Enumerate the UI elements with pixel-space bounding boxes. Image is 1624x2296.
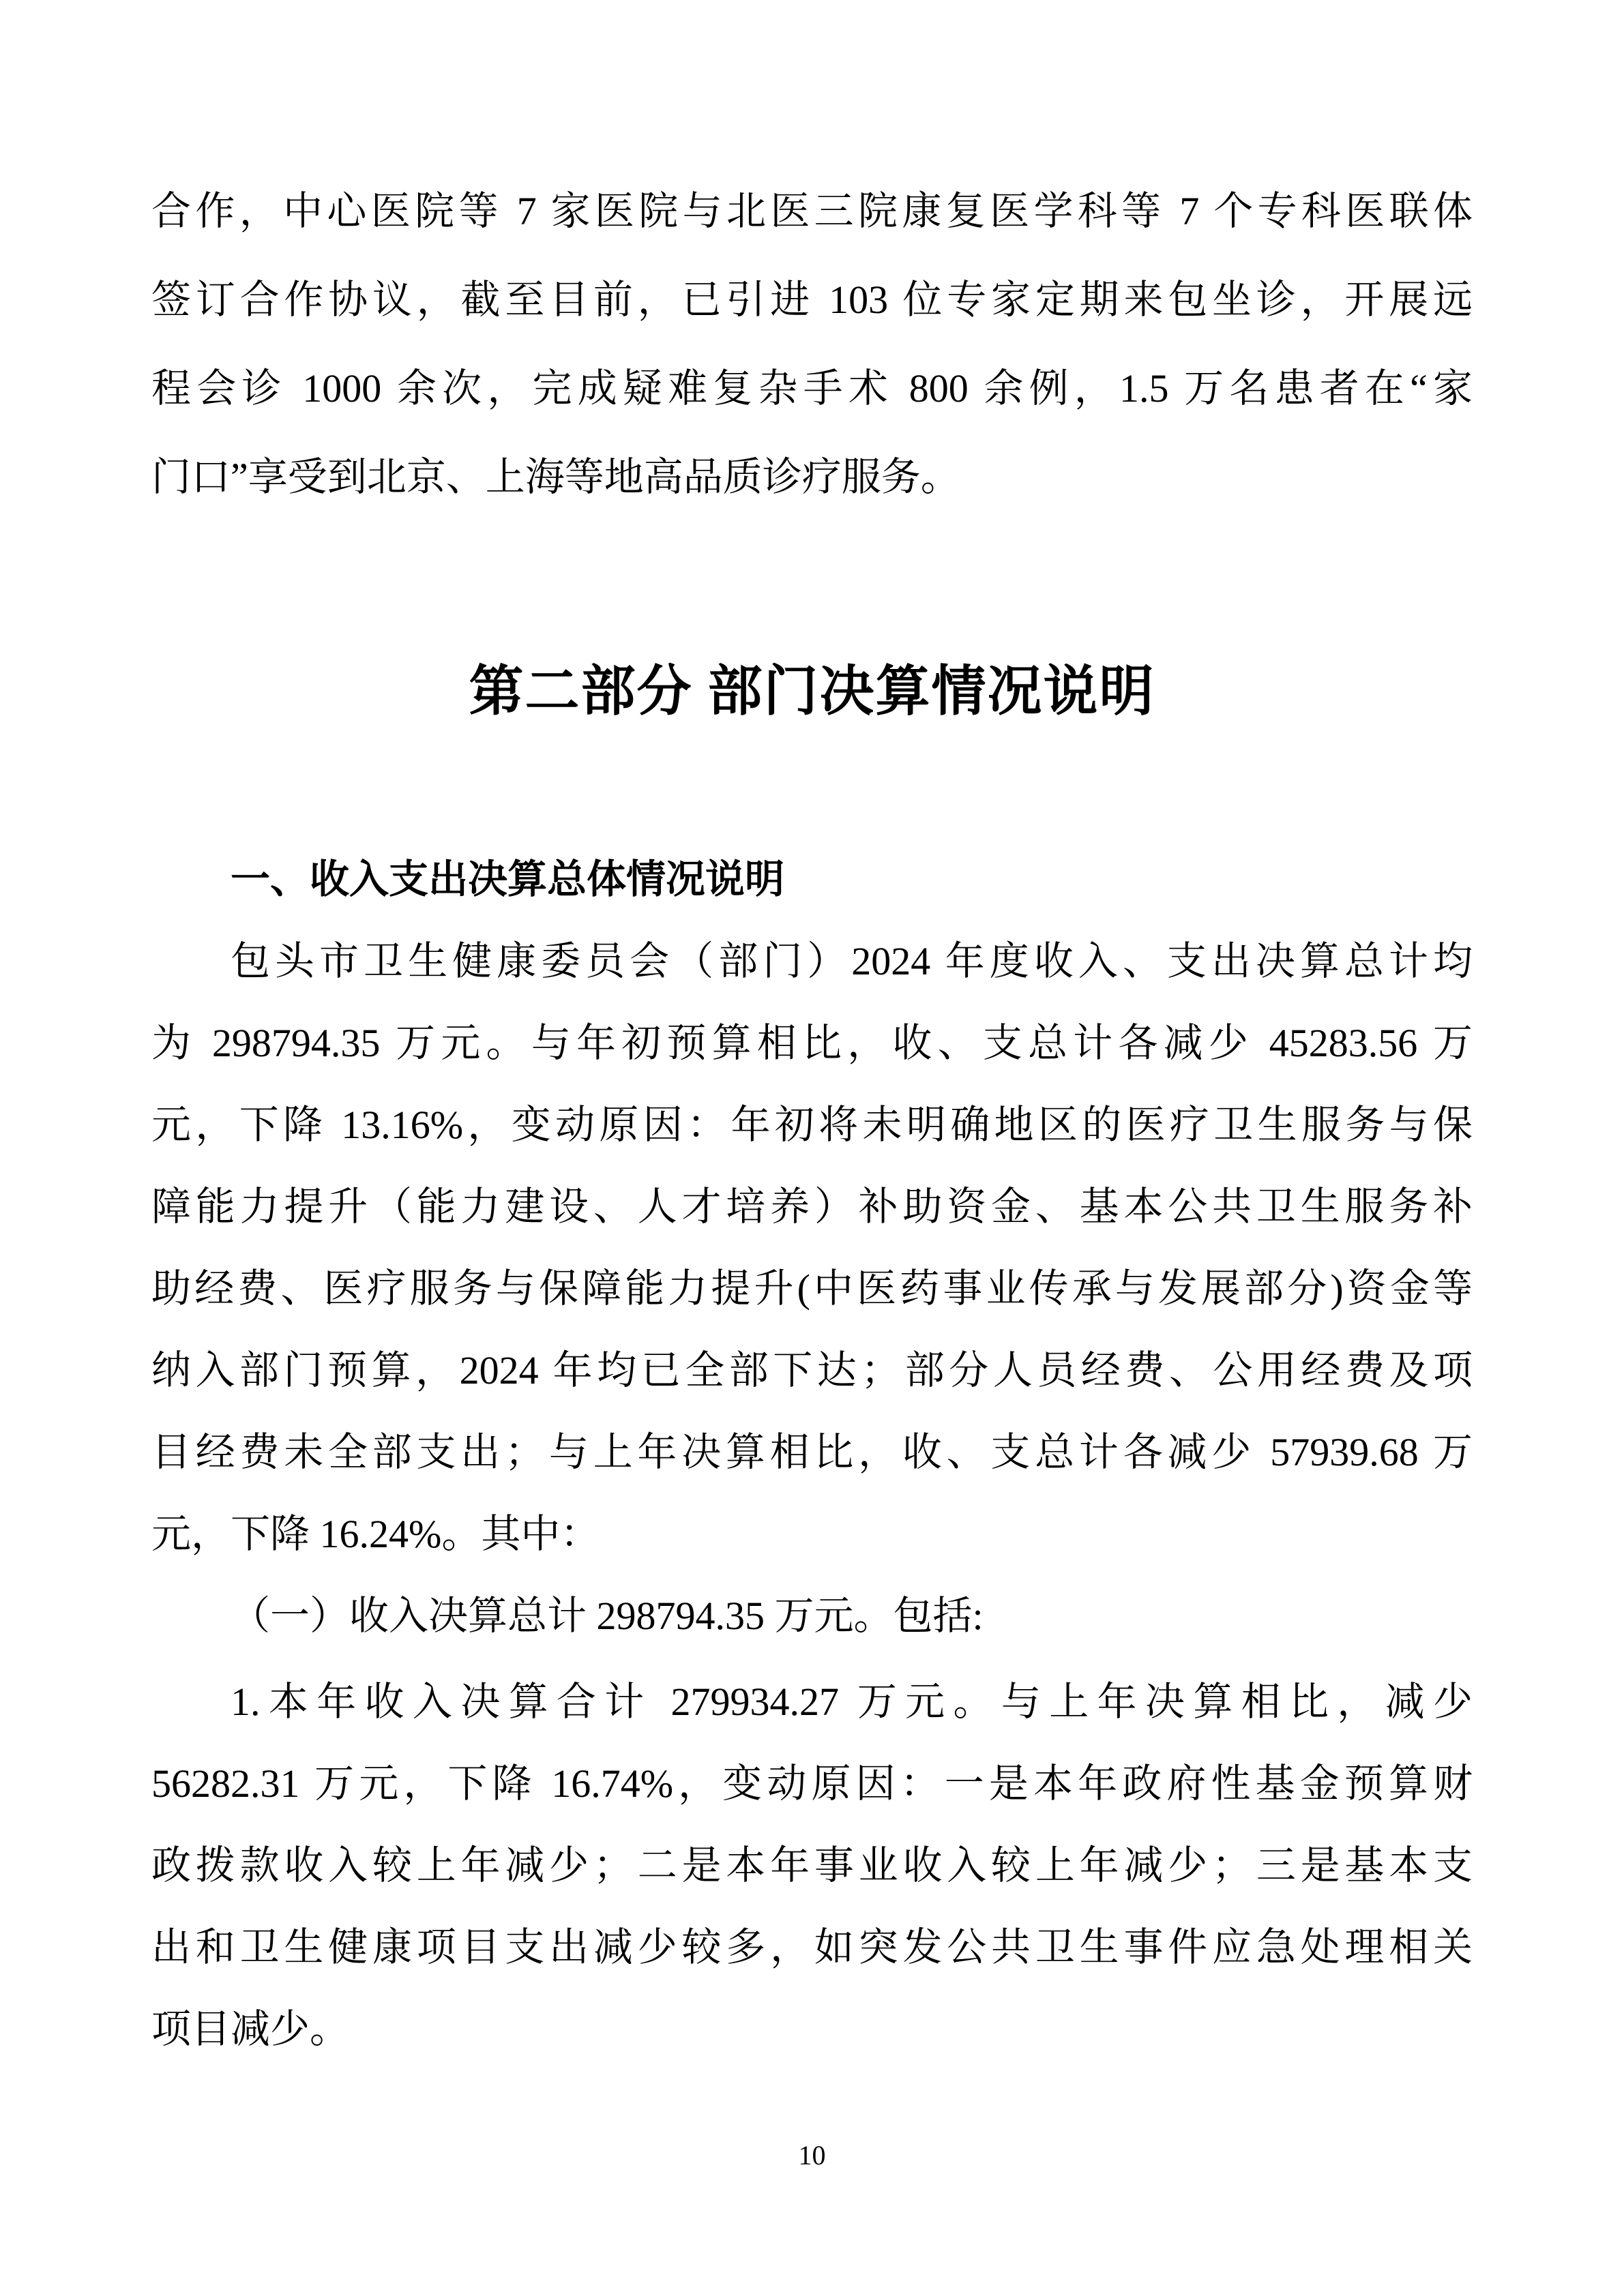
item-one-summary-line: （一）收入决算总计 298794.35 万元。包括: (151, 1575, 1473, 1657)
numbered-paragraph-1: 1.本年收入决算合计 279934.27 万元。与上年决算相比，减少 56282… (151, 1661, 1473, 2070)
overview-line-1: 包头市卫生健康委员会（部门）2024 年度收入、支出决算总计均 (151, 921, 1473, 1002)
numbered-line-5: 项目减少。 (151, 1988, 1473, 2070)
numbered-line-4: 出和卫生健康项目支出减少较多，如突发公共卫生事件应急处理相关 (151, 1907, 1473, 1988)
page-number: 10 (799, 2140, 826, 2171)
numbered-line-1: 1.本年收入决算合计 279934.27 万元。与上年决算相比，减少 (151, 1661, 1473, 1743)
overview-line-7: 目经费未全部支出；与上年决算相比，收、支总计各减少 57939.68 万 (151, 1412, 1473, 1493)
intro-line-4: 门口”享受到北京、上海等地高品质诊疗服务。 (151, 433, 1473, 522)
intro-line-1: 合作，中心医院等 7 家医院与北医三院康复医学科等 7 个专科医联体 (151, 167, 1473, 256)
page-footer: 10 (151, 2138, 1473, 2173)
overview-line-6: 纳入部门预算，2024 年均已全部下达；部分人员经费、公用经费及项 (151, 1330, 1473, 1412)
intro-line-3: 程会诊 1000 余次，完成疑难复杂手术 800 余例，1.5 万名患者在“家 (151, 344, 1473, 433)
overview-paragraph: 包头市卫生健康委员会（部门）2024 年度收入、支出决算总计均 为 298794… (151, 921, 1473, 1575)
numbered-line-2: 56282.31 万元，下降 16.74%，变动原因：一是本年政府性基金预算财 (151, 1743, 1473, 1825)
overview-line-3: 元，下降 13.16%，变动原因：年初将未明确地区的医疗卫生服务与保 (151, 1084, 1473, 1166)
part-heading: 第二部分 部门决算情况说明 (151, 641, 1473, 743)
overview-line-5: 助经费、医疗服务与保障能力提升(中医药事业传承与发展部分)资金等 (151, 1248, 1473, 1330)
item-one-paragraph: （一）收入决算总计 298794.35 万元。包括: (151, 1575, 1473, 1657)
overview-line-2: 为 298794.35 万元。与年初预算相比，收、支总计各减少 45283.56… (151, 1002, 1473, 1084)
section-one-heading: 一、收入支出决算总体情况说明 (151, 839, 1473, 921)
overview-line-8: 元，下降 16.24%。其中： (151, 1493, 1473, 1575)
overview-line-4: 障能力提升（能力建设、人才培养）补助资金、基本公共卫生服务补 (151, 1166, 1473, 1248)
intro-paragraph: 合作，中心医院等 7 家医院与北医三院康复医学科等 7 个专科医联体 签订合作协… (151, 167, 1473, 522)
numbered-line-3: 政拨款收入较上年减少；二是本年事业收入较上年减少；三是基本支 (151, 1825, 1473, 1907)
document-page: 合作，中心医院等 7 家医院与北医三院康复医学科等 7 个专科医联体 签订合作协… (0, 0, 1624, 2296)
intro-line-2: 签订合作协议，截至目前，已引进 103 位专家定期来包坐诊，开展远 (151, 256, 1473, 344)
